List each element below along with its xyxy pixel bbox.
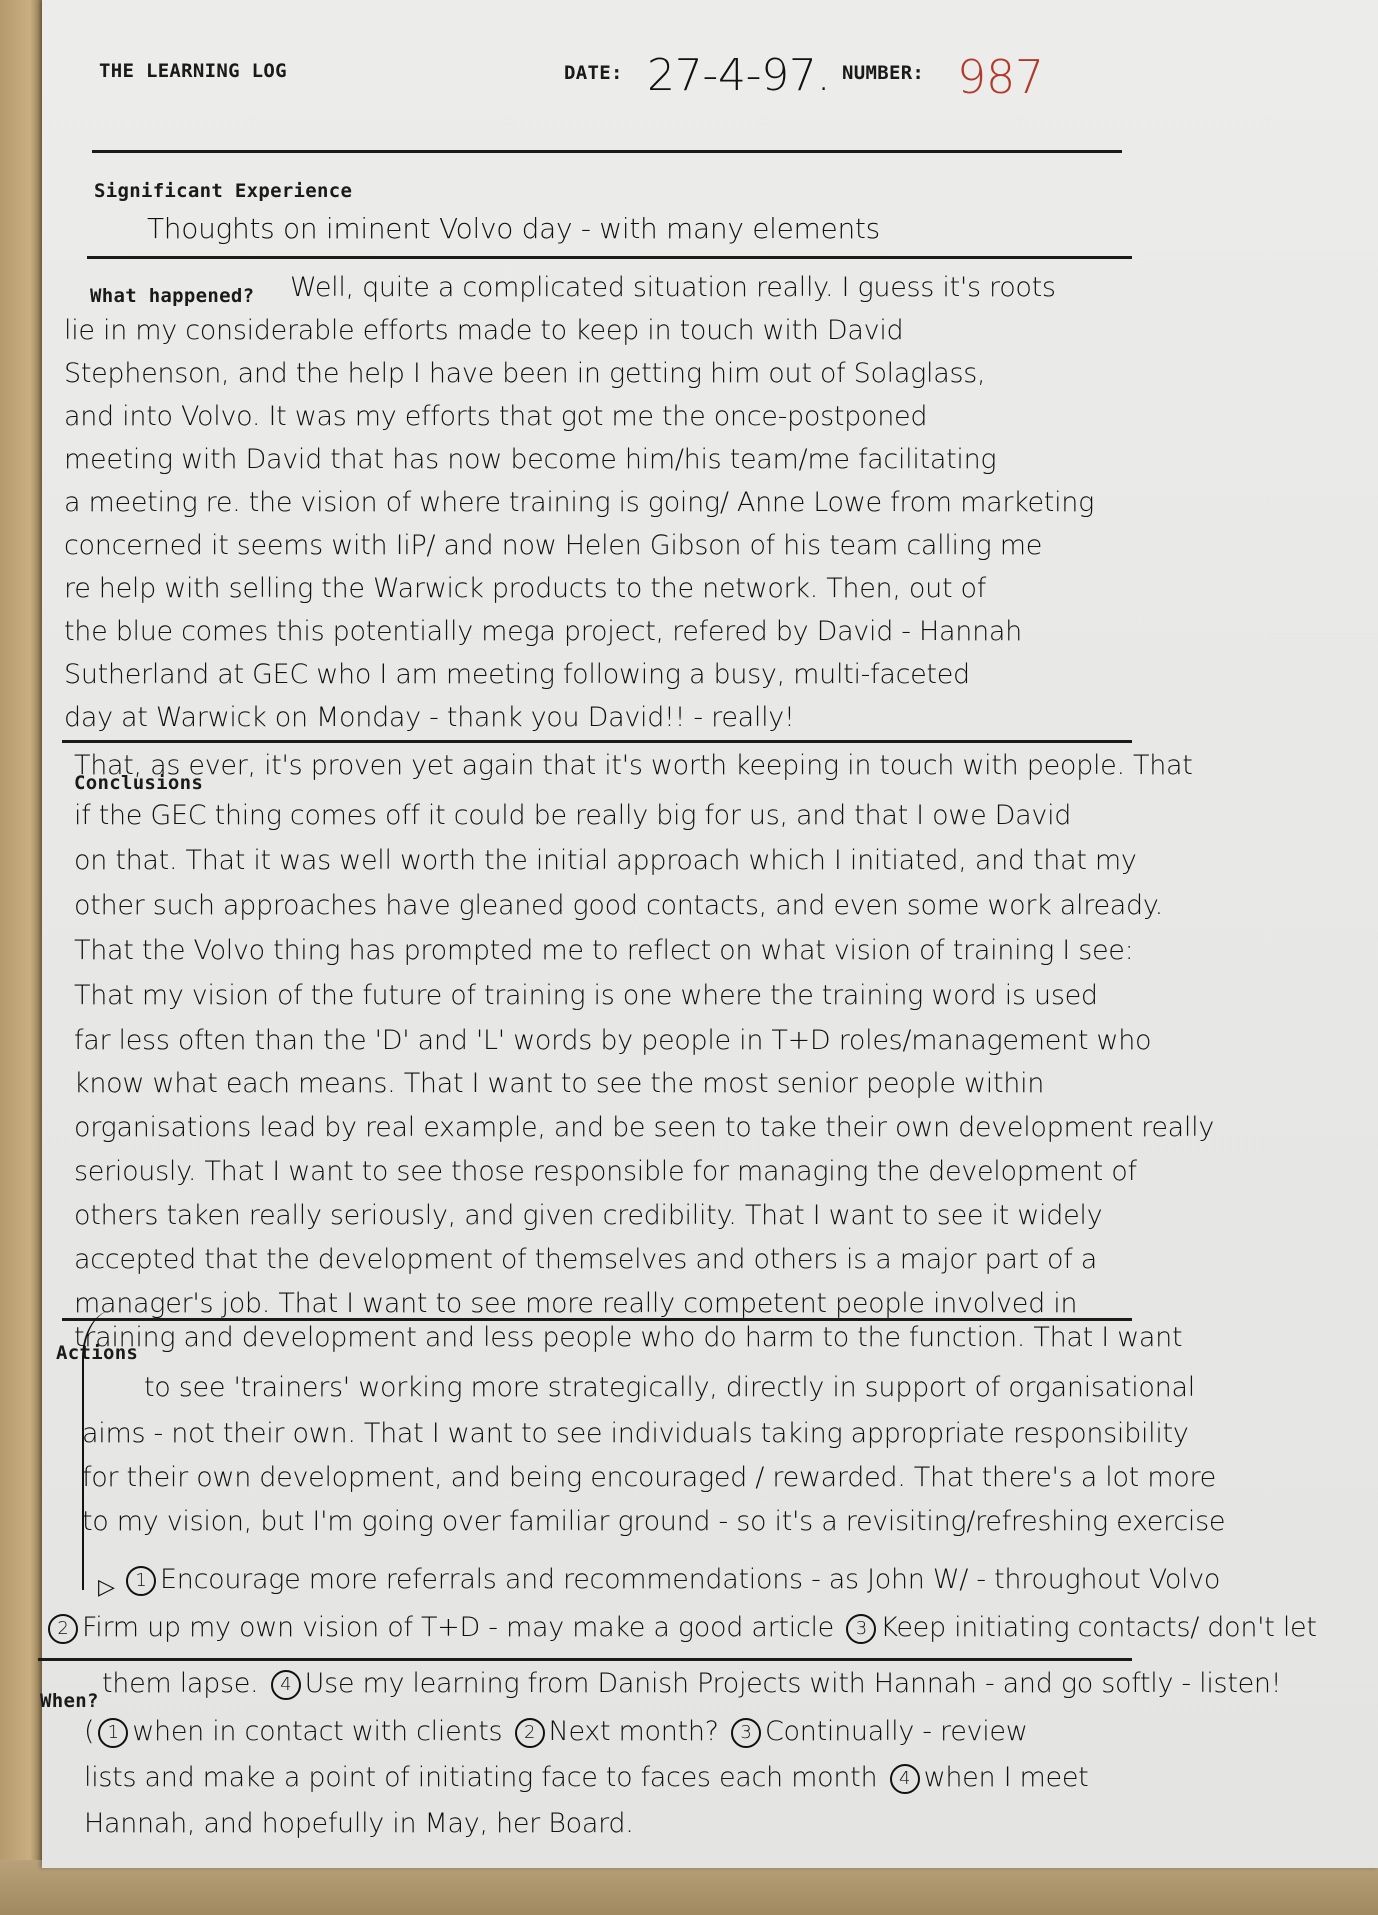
header-divider	[92, 150, 1122, 153]
what-happened-line: re help with selling the Warwick product…	[64, 573, 986, 604]
what-happened-label: What happened?	[90, 285, 254, 307]
conclusions-line: on that. That it was well worth the init…	[74, 845, 1137, 876]
conclusions-line: That my vision of the future of training…	[74, 980, 1098, 1011]
action-number-badge: 1	[126, 1566, 156, 1596]
what-happened-line: and into Volvo. It was my efforts that g…	[64, 401, 927, 432]
conclusions-line: other such approaches have gleaned good …	[74, 890, 1163, 921]
section-divider-3	[62, 1318, 1132, 1321]
action-item-text: Keep initiating contacts/ don't let	[880, 1612, 1316, 1643]
what-happened-line: Sutherland at GEC who I am meeting follo…	[64, 659, 970, 690]
number-value: 987	[957, 50, 1044, 104]
when-line: lists and make a point of initiating fac…	[84, 1762, 1088, 1794]
when-line: Hannah, and hopefully in May, her Board.	[84, 1808, 634, 1839]
when-number-badge: 3	[731, 1718, 761, 1748]
action-item-text: Use my learning from Danish Projects wit…	[305, 1668, 1282, 1699]
conclusions-line: accepted that the development of themsel…	[74, 1244, 1097, 1275]
action-item-text: Encourage more referrals and recommendat…	[160, 1564, 1220, 1595]
actions-line: to my vision, but I'm going over familia…	[82, 1506, 1225, 1537]
when-number-badge: 4	[890, 1764, 920, 1794]
conclusions-line: organisations lead by real example, and …	[74, 1112, 1214, 1143]
date-label: DATE:	[564, 62, 623, 84]
conclusions-line: manager's job. That I want to see more r…	[74, 1288, 1077, 1319]
log-title: THE LEARNING LOG	[99, 60, 287, 82]
action-number-badge: 3	[846, 1614, 876, 1644]
when-label: When?	[40, 1690, 99, 1712]
conclusions-line: others taken really seriously, and given…	[74, 1200, 1102, 1231]
when-number-badge: 2	[515, 1718, 545, 1748]
action-number-badge: 2	[48, 1614, 78, 1644]
when-line: (1when in contact with clients 2Next mon…	[84, 1716, 1028, 1748]
conclusions-line: know what each means. That I want to see…	[74, 1068, 1044, 1099]
significant-experience-label: Significant Experience	[94, 180, 352, 202]
when-number-badge: 1	[98, 1718, 128, 1748]
actions-line: for their own development, and being enc…	[82, 1462, 1216, 1493]
arrow-head-icon: ▷	[98, 1574, 115, 1600]
section-divider-4	[38, 1658, 1132, 1661]
when-first-line: them lapse. 4Use my learning from Danish…	[102, 1668, 1281, 1700]
learning-log-page: THE LEARNING LOG DATE: 27-4-97. NUMBER: …	[42, 0, 1378, 1868]
conclusions-line: far less often than the 'D' and 'L' word…	[74, 1025, 1151, 1056]
actions-line: training and development and less people…	[74, 1322, 1182, 1353]
action-item: 2Firm up my own vision of T+D - may make…	[44, 1612, 1317, 1644]
actions-line: aims - not their own. That I want to see…	[82, 1418, 1189, 1449]
section-divider-1	[87, 256, 1132, 259]
number-label: NUMBER:	[842, 62, 924, 84]
action-number-badge: 4	[271, 1670, 301, 1700]
conclusions-line: That the Volvo thing has prompted me to …	[74, 935, 1133, 966]
what-happened-line: day at Warwick on Monday - thank you Dav…	[64, 702, 794, 733]
desk-surface	[0, 1860, 1378, 1915]
what-happened-line: a meeting re. the vision of where traini…	[64, 487, 1094, 518]
conclusions-line: seriously. That I want to see those resp…	[74, 1156, 1137, 1187]
what-happened-line: meeting with David that has now become h…	[64, 444, 996, 475]
significant-experience-value: Thoughts on iminent Volvo day - with man…	[147, 212, 880, 245]
what-happened-line: Well, quite a complicated situation real…	[290, 272, 1056, 303]
action-item-text: Firm up my own vision of T+D - may make …	[82, 1612, 834, 1643]
what-happened-line: Stephenson, and the help I have been in …	[64, 358, 985, 389]
actions-line: to see 'trainers' working more strategic…	[144, 1372, 1195, 1403]
what-happened-line: concerned it seems with IiP/ and now Hel…	[64, 530, 1042, 561]
when-continuation: them lapse.	[102, 1668, 258, 1699]
what-happened-line: the blue comes this potentially mega pro…	[64, 616, 1022, 647]
conclusions-line: if the GEC thing comes off it could be r…	[74, 800, 1071, 831]
section-divider-2	[62, 740, 1132, 743]
what-happened-line: lie in my considerable efforts made to k…	[64, 315, 903, 346]
conclusions-label: Conclusions	[74, 772, 203, 794]
action-item: 1Encourage more referrals and recommenda…	[122, 1564, 1220, 1596]
arrow-connector	[82, 1310, 114, 1590]
date-value: 27-4-97.	[647, 50, 830, 101]
conclusions-line: That, as ever, it's proven yet again tha…	[74, 750, 1193, 781]
